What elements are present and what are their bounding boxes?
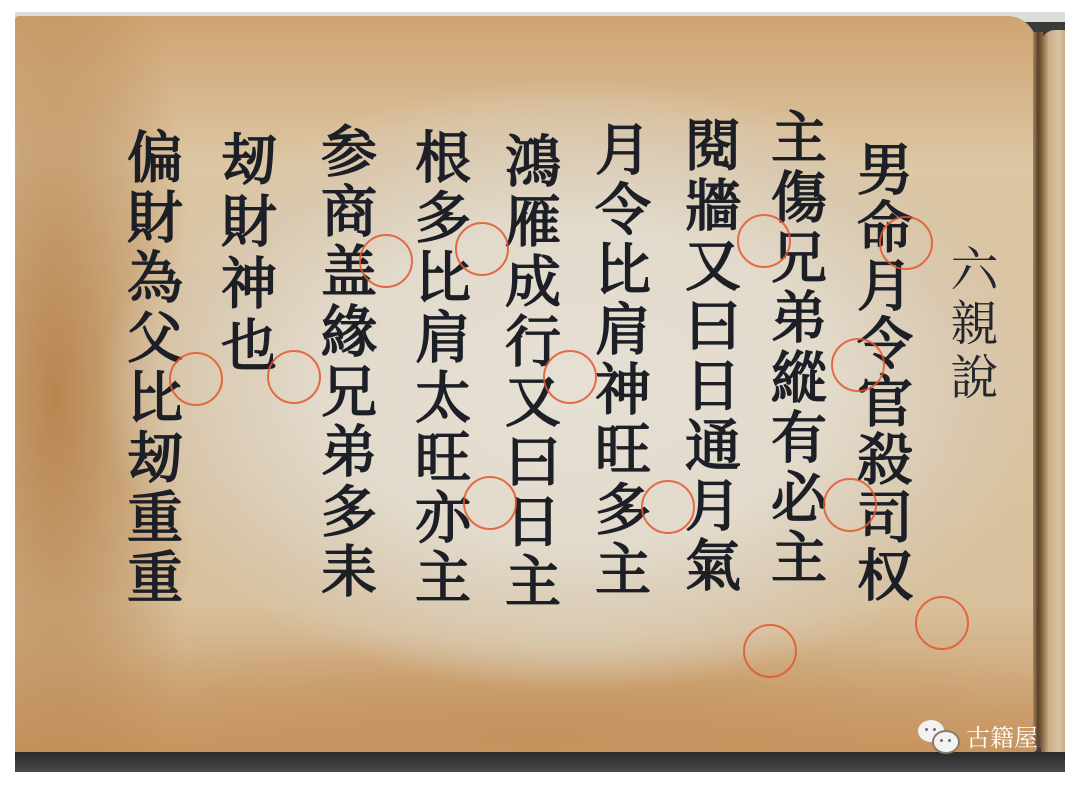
column-text: 根多比肩太旺亦主	[409, 128, 473, 608]
red-annotation-circle	[267, 350, 321, 404]
red-annotation-circle	[463, 476, 517, 530]
text-column-4: 月令比肩神旺多主	[589, 120, 653, 600]
red-annotation-circle	[641, 480, 695, 534]
red-annotation-circle	[823, 478, 877, 532]
page-title: 六親說	[937, 244, 1001, 406]
text-column-7: 参商盖緣兄弟多耒	[315, 122, 379, 602]
red-annotation-circle	[879, 216, 933, 270]
text-column-2: 主傷兄弟縱有必主	[765, 108, 829, 588]
red-annotation-circle	[169, 352, 223, 406]
red-annotation-circle	[743, 624, 797, 678]
title-column: 六親說	[937, 244, 1001, 406]
book-bottom-edge	[15, 752, 1065, 772]
text-column-6: 根多比肩太旺亦主	[409, 128, 473, 608]
red-annotation-circle	[455, 222, 509, 276]
column-text: 刼財神也	[215, 130, 279, 378]
wechat-icon	[918, 720, 960, 752]
red-annotation-circle	[737, 214, 791, 268]
manuscript-photo: 六親說 男命月令官殺司权 主傷兄弟縱有必主 閱牆又曰日通月氣 月令比肩神旺多主 …	[15, 12, 1065, 772]
text-column-8: 刼財神也	[215, 130, 279, 378]
next-page-edge	[1041, 30, 1065, 752]
column-text: 月令比肩神旺多主	[589, 120, 653, 600]
manuscript-page: 六親說 男命月令官殺司权 主傷兄弟縱有必主 閱牆又曰日通月氣 月令比肩神旺多主 …	[15, 16, 1037, 752]
column-text: 主傷兄弟縱有必主	[765, 108, 829, 588]
red-annotation-circle	[543, 350, 597, 404]
red-annotation-circle	[915, 596, 969, 650]
watermark: 古籍屋	[918, 718, 1038, 753]
watermark-text: 古籍屋	[966, 718, 1038, 753]
red-annotation-circle	[359, 234, 413, 288]
red-annotation-circle	[831, 338, 885, 392]
column-text: 参商盖緣兄弟多耒	[315, 122, 379, 602]
